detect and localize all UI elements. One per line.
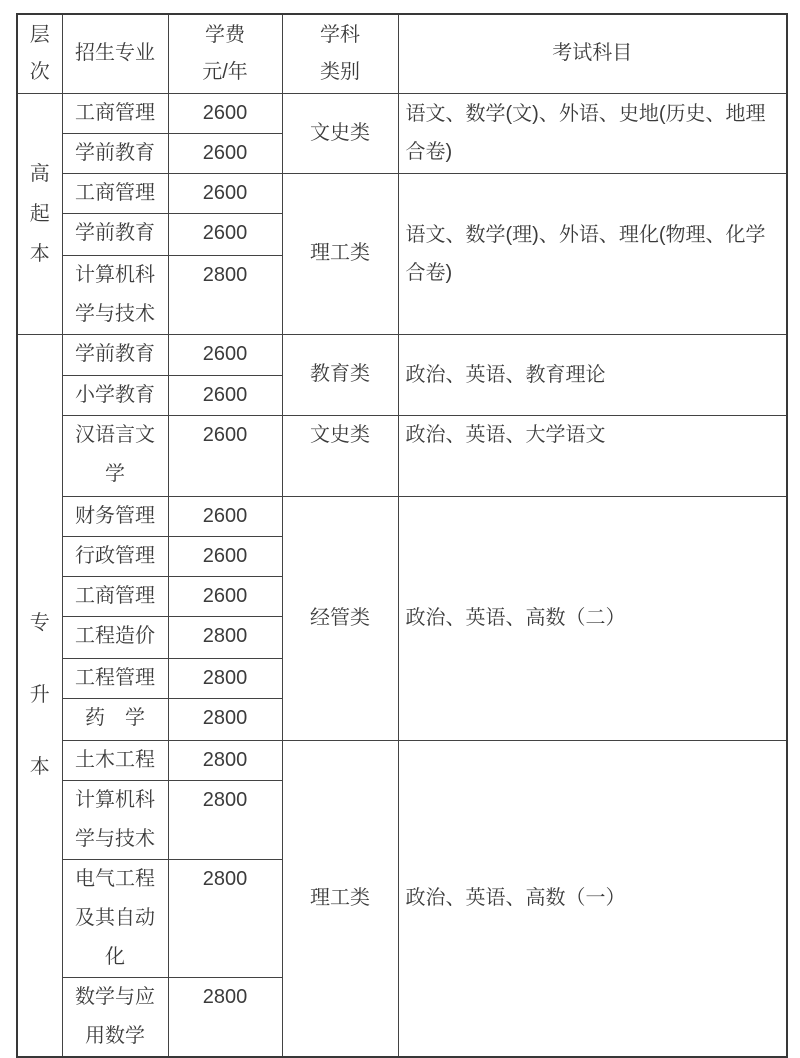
fee-cell: 2800 bbox=[168, 616, 282, 658]
fee-cell: 2600 bbox=[168, 536, 282, 576]
tuition-table: 层 次 招生专业 学费 元/年 学科 类别 考试科目 高 bbox=[16, 13, 788, 1058]
subjects-cell: 语文、数学(理)、外语、理化(物理、化学合卷) bbox=[398, 173, 787, 334]
fee-cell: 2600 bbox=[168, 173, 282, 213]
fee-cell: 2600 bbox=[168, 576, 282, 616]
major-cell: 工商管理 bbox=[62, 576, 168, 616]
subjects-cell: 语文、数学(文)、外语、史地(历史、地理合卷) bbox=[398, 93, 787, 173]
header-category-line2: 类别 bbox=[283, 54, 398, 91]
fee-cell: 2800 bbox=[168, 740, 282, 780]
major-cell: 财务管理 bbox=[62, 496, 168, 536]
subjects-cell: 政治、英语、教育理论 bbox=[398, 334, 787, 415]
level-text: 高 起 本 bbox=[18, 154, 62, 274]
major-cell: 土木工程 bbox=[62, 740, 168, 780]
level-cell-gaoqiben: 高 起 本 bbox=[17, 93, 62, 334]
category-cell: 教育类 bbox=[282, 334, 398, 415]
tuition-table-container: 层 次 招生专业 学费 元/年 学科 类别 考试科目 高 bbox=[16, 13, 788, 1058]
table-row: 专 升 本 学前教育 2600 教育类 政治、英语、教育理论 bbox=[17, 334, 787, 375]
major-cell: 工程造价 bbox=[62, 616, 168, 658]
header-row: 层 次 招生专业 学费 元/年 学科 类别 考试科目 bbox=[17, 14, 787, 93]
fee-cell: 2800 bbox=[168, 698, 282, 740]
major-cell: 工程管理 bbox=[62, 658, 168, 698]
category-cell: 文史类 bbox=[282, 93, 398, 173]
major-cell: 电气工程及其自动化 bbox=[62, 859, 168, 977]
fee-cell: 2600 bbox=[168, 496, 282, 536]
category-cell: 经管类 bbox=[282, 496, 398, 740]
header-major: 招生专业 bbox=[62, 14, 168, 93]
category-cell: 理工类 bbox=[282, 740, 398, 1057]
fee-cell: 2800 bbox=[168, 255, 282, 334]
table-row: 高 起 本 工商管理 2600 文史类 语文、数学(文)、外语、史地(历史、地理… bbox=[17, 93, 787, 133]
fee-cell: 2600 bbox=[168, 415, 282, 496]
major-cell: 小学教育 bbox=[62, 375, 168, 415]
fee-cell: 2600 bbox=[168, 334, 282, 375]
subjects-cell: 政治、英语、高数（一） bbox=[398, 740, 787, 1057]
fee-cell: 2600 bbox=[168, 93, 282, 133]
header-category: 学科 类别 bbox=[282, 14, 398, 93]
header-level-line1: 层 bbox=[18, 17, 62, 54]
category-cell: 理工类 bbox=[282, 173, 398, 334]
category-cell: 文史类 bbox=[282, 415, 398, 496]
header-fee: 学费 元/年 bbox=[168, 14, 282, 93]
major-cell: 学前教育 bbox=[62, 213, 168, 255]
table-row: 汉语言文学 2600 文史类 政治、英语、大学语文 bbox=[17, 415, 787, 496]
header-subjects: 考试科目 bbox=[398, 14, 787, 93]
subjects-cell: 政治、英语、大学语文 bbox=[398, 415, 787, 496]
fee-cell: 2800 bbox=[168, 859, 282, 977]
major-cell: 工商管理 bbox=[62, 173, 168, 213]
major-cell: 工商管理 bbox=[62, 93, 168, 133]
fee-cell: 2600 bbox=[168, 375, 282, 415]
fee-cell: 2800 bbox=[168, 780, 282, 859]
subjects-cell: 政治、英语、高数（二） bbox=[398, 496, 787, 740]
fee-cell: 2800 bbox=[168, 658, 282, 698]
fee-cell: 2600 bbox=[168, 213, 282, 255]
table-row: 土木工程 2800 理工类 政治、英语、高数（一） bbox=[17, 740, 787, 780]
major-cell: 计算机科学与技术 bbox=[62, 255, 168, 334]
table-row: 工商管理 2600 理工类 语文、数学(理)、外语、理化(物理、化学合卷) bbox=[17, 173, 787, 213]
header-fee-line2: 元/年 bbox=[169, 54, 282, 91]
level-cell-zhuanshengben: 专 升 本 bbox=[17, 334, 62, 1057]
header-fee-line1: 学费 bbox=[169, 17, 282, 54]
fee-cell: 2600 bbox=[168, 133, 282, 173]
major-cell: 药 学 bbox=[62, 698, 168, 740]
major-cell: 汉语言文学 bbox=[62, 415, 168, 496]
header-level-line2: 次 bbox=[18, 54, 62, 91]
header-category-line1: 学科 bbox=[283, 17, 398, 54]
major-cell: 学前教育 bbox=[62, 334, 168, 375]
table-row: 财务管理 2600 经管类 政治、英语、高数（二） bbox=[17, 496, 787, 536]
major-cell: 计算机科学与技术 bbox=[62, 780, 168, 859]
major-cell: 行政管理 bbox=[62, 536, 168, 576]
major-cell: 学前教育 bbox=[62, 133, 168, 173]
header-level: 层 次 bbox=[17, 14, 62, 93]
level-text: 专 升 本 bbox=[18, 587, 62, 803]
